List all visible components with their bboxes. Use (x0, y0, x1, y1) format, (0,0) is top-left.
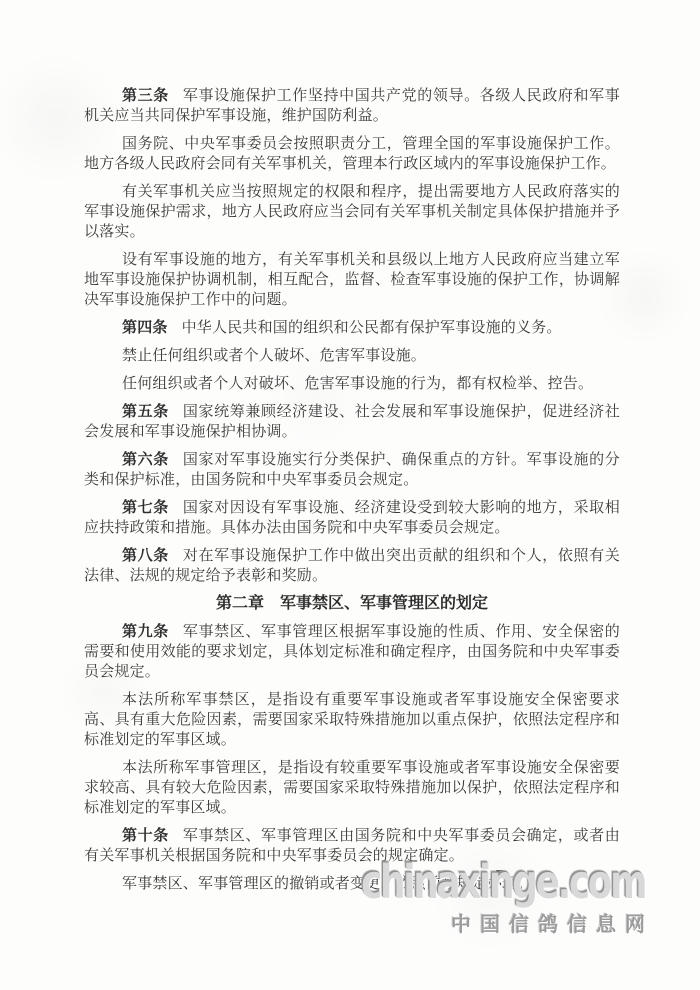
article-8-paragraph: 第八条对在军事设施保护工作中做出突出贡献的组织和个人，依照有关法律、法规的规定给… (84, 546, 620, 586)
article-9-paragraph-3: 本法所称军事管理区，是指设有较重要军事设施或者军事设施安全保密要求较高、具有较大… (84, 758, 620, 818)
paragraph-text: 有关军事机关应当按照规定的权限和程序，提出需要地方人民政府落实的军事设施保护需求… (84, 184, 620, 240)
article-9-number: 第九条 (122, 624, 169, 640)
document-body: 第三条军事设施保护工作坚持中国共产党的领导。各级人民政府和军事机关应当共同保护军… (84, 86, 620, 902)
article-3-paragraph-2: 国务院、中央军事委员会按照职责分工，管理全国的军事设施保护工作。地方各级人民政府… (84, 134, 620, 174)
article-6-paragraph: 第六条国家对军事设施实行分类保护、确保重点的方针。军事设施的分类和保护标准，由国… (84, 450, 620, 490)
article-8-number: 第八条 (122, 548, 169, 564)
article-3-paragraph-4: 设有军事设施的地方，有关军事机关和县级以上地方人民政府应当建立军地军事设施保护协… (84, 250, 620, 310)
article-4-paragraph-3: 任何组织或者个人对破坏、危害军事设施的行为，都有权检举、控告。 (84, 374, 620, 394)
article-10-paragraph-1: 第十条军事禁区、军事管理区由国务院和中央军事委员会确定，或者由有关军事机关根据国… (84, 826, 620, 866)
chapter-2-heading: 第二章 军事禁区、军事管理区的划定 (84, 594, 620, 614)
article-4-paragraph-1: 第四条中华人民共和国的组织和公民都有保护军事设施的义务。 (84, 318, 620, 338)
article-9-paragraph-1: 第九条军事禁区、军事管理区根据军事设施的性质、作用、安全保密的需要和使用效能的要… (84, 622, 620, 682)
paragraph-text: 国务院、中央军事委员会按照职责分工，管理全国的军事设施保护工作。地方各级人民政府… (84, 136, 620, 172)
paragraph-text: 设有军事设施的地方，有关军事机关和县级以上地方人民政府应当建立军地军事设施保护协… (84, 252, 620, 308)
article-5-number: 第五条 (122, 404, 169, 420)
article-4-text: 中华人民共和国的组织和公民都有保护军事设施的义务。 (182, 320, 562, 336)
watermark-site-name: 中国信鸽信息网 (451, 913, 654, 935)
paragraph-text: 禁止任何组织或者个人破坏、危害军事设施。 (122, 348, 426, 364)
paragraph-text: 本法所称军事管理区，是指设有较重要军事设施或者军事设施安全保密要求较高、具有较大… (84, 760, 620, 816)
paragraph-text: 任何组织或者个人对破坏、危害军事设施的行为，都有权检举、控告。 (122, 376, 593, 392)
article-10-paragraph-2: 军事禁区、军事管理区的撤销或者变更，依照前款规定办理。 (84, 874, 620, 894)
article-4-number: 第四条 (122, 320, 168, 336)
article-6-number: 第六条 (122, 452, 169, 468)
article-9-paragraph-2: 本法所称军事禁区，是指设有重要军事设施或者军事设施安全保密要求高、具有重大危险因… (84, 690, 620, 750)
article-4-paragraph-2: 禁止任何组织或者个人破坏、危害军事设施。 (84, 346, 620, 366)
document-page: 第三条军事设施保护工作坚持中国共产党的领导。各级人民政府和军事机关应当共同保护军… (0, 0, 700, 990)
paragraph-text: 本法所称军事禁区，是指设有重要军事设施或者军事设施安全保密要求高、具有重大危险因… (84, 692, 620, 748)
article-3-paragraph-1: 第三条军事设施保护工作坚持中国共产党的领导。各级人民政府和军事机关应当共同保护军… (84, 86, 620, 126)
article-7-number: 第七条 (122, 500, 169, 516)
article-7-paragraph: 第七条国家对因设有军事设施、经济建设受到较大影响的地方，采取相应扶持政策和措施。… (84, 498, 620, 538)
article-5-paragraph: 第五条国家统筹兼顾经济建设、社会发展和军事设施保护，促进经济社会发展和军事设施保… (84, 402, 620, 442)
article-10-number: 第十条 (122, 828, 169, 844)
article-3-number: 第三条 (122, 88, 169, 104)
article-3-paragraph-3: 有关军事机关应当按照规定的权限和程序，提出需要地方人民政府落实的军事设施保护需求… (84, 182, 620, 242)
paragraph-text: 军事禁区、军事管理区的撤销或者变更，依照前款规定办理。 (122, 876, 532, 892)
chapter-heading-text: 第二章 军事禁区、军事管理区的划定 (216, 595, 488, 612)
